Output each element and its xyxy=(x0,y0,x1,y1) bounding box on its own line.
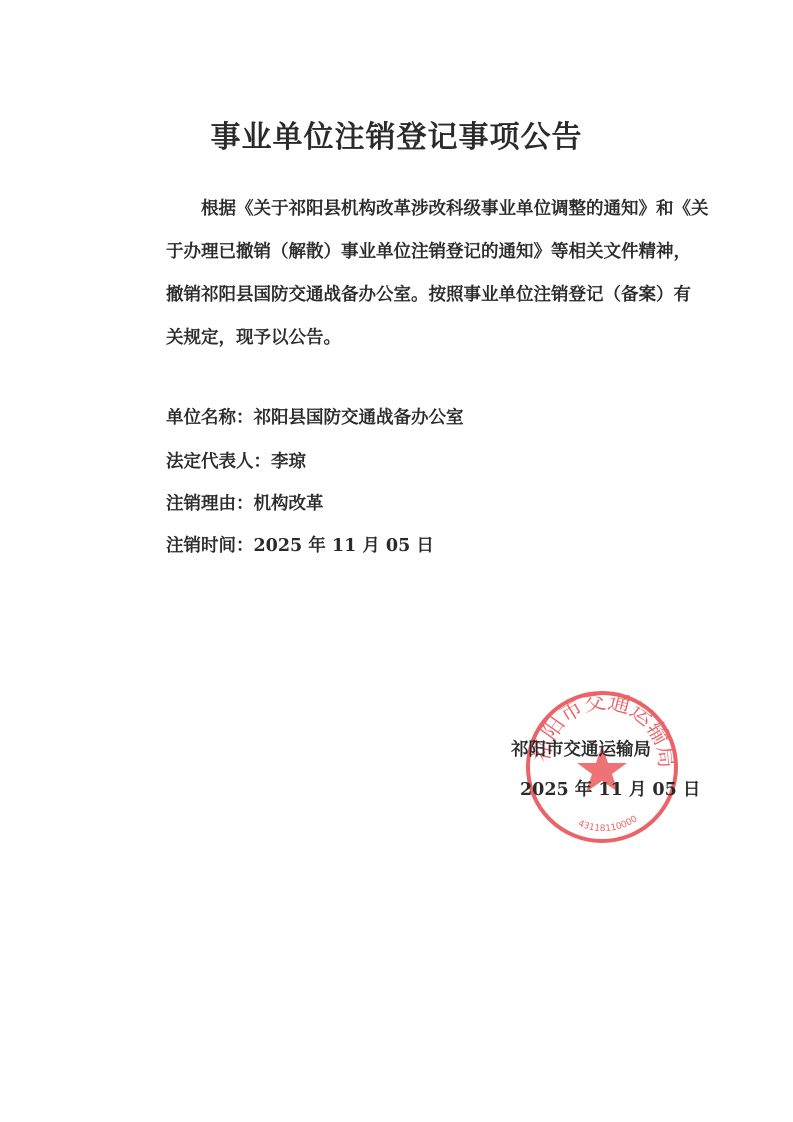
field-legal-rep: 法定代表人：李琼 xyxy=(166,448,306,473)
issue-date: 2025 年 11 月 05 日 xyxy=(520,776,700,801)
body-line: 于办理已撤销（解散）事业单位注销登记的通知》等相关文件精神， xyxy=(166,231,646,274)
field-date: 注销时间：2025 年 11 月 05 日 xyxy=(166,532,434,557)
field-value: 祁阳县国防交通战备办公室 xyxy=(254,408,464,428)
body-paragraph: 根据《关于祁阳县机构改革涉改科级事业单位调整的通知》和《关 于办理已撤销（解散）… xyxy=(166,188,646,360)
field-label: 法定代表人： xyxy=(166,452,271,472)
field-value: 机构改革 xyxy=(254,494,324,514)
field-label: 注销理由： xyxy=(166,494,254,514)
svg-text:43118110000: 43118110000 xyxy=(576,814,639,834)
body-line: 根据《关于祁阳县机构改革涉改科级事业单位调整的通知》和《关 xyxy=(166,188,646,231)
field-reason: 注销理由：机构改革 xyxy=(166,490,324,515)
field-value: 2025 年 11 月 05 日 xyxy=(254,536,434,556)
issuer-name: 祁阳市交通运输局 xyxy=(511,736,651,761)
field-unit-name: 单位名称：祁阳县国防交通战备办公室 xyxy=(166,404,464,429)
body-line: 关规定，现予以公告。 xyxy=(166,317,646,360)
field-label: 注销时间： xyxy=(166,536,254,556)
field-label: 单位名称： xyxy=(166,408,254,428)
document-title: 事业单位注销登记事项公告 xyxy=(0,112,793,156)
field-value: 李琼 xyxy=(271,452,306,472)
body-line: 撤销祁阳县国防交通战备办公室。按照事业单位注销登记（备案）有 xyxy=(166,274,646,317)
official-seal-icon: 祁阳市交通运输局 43118110000 xyxy=(522,687,682,847)
